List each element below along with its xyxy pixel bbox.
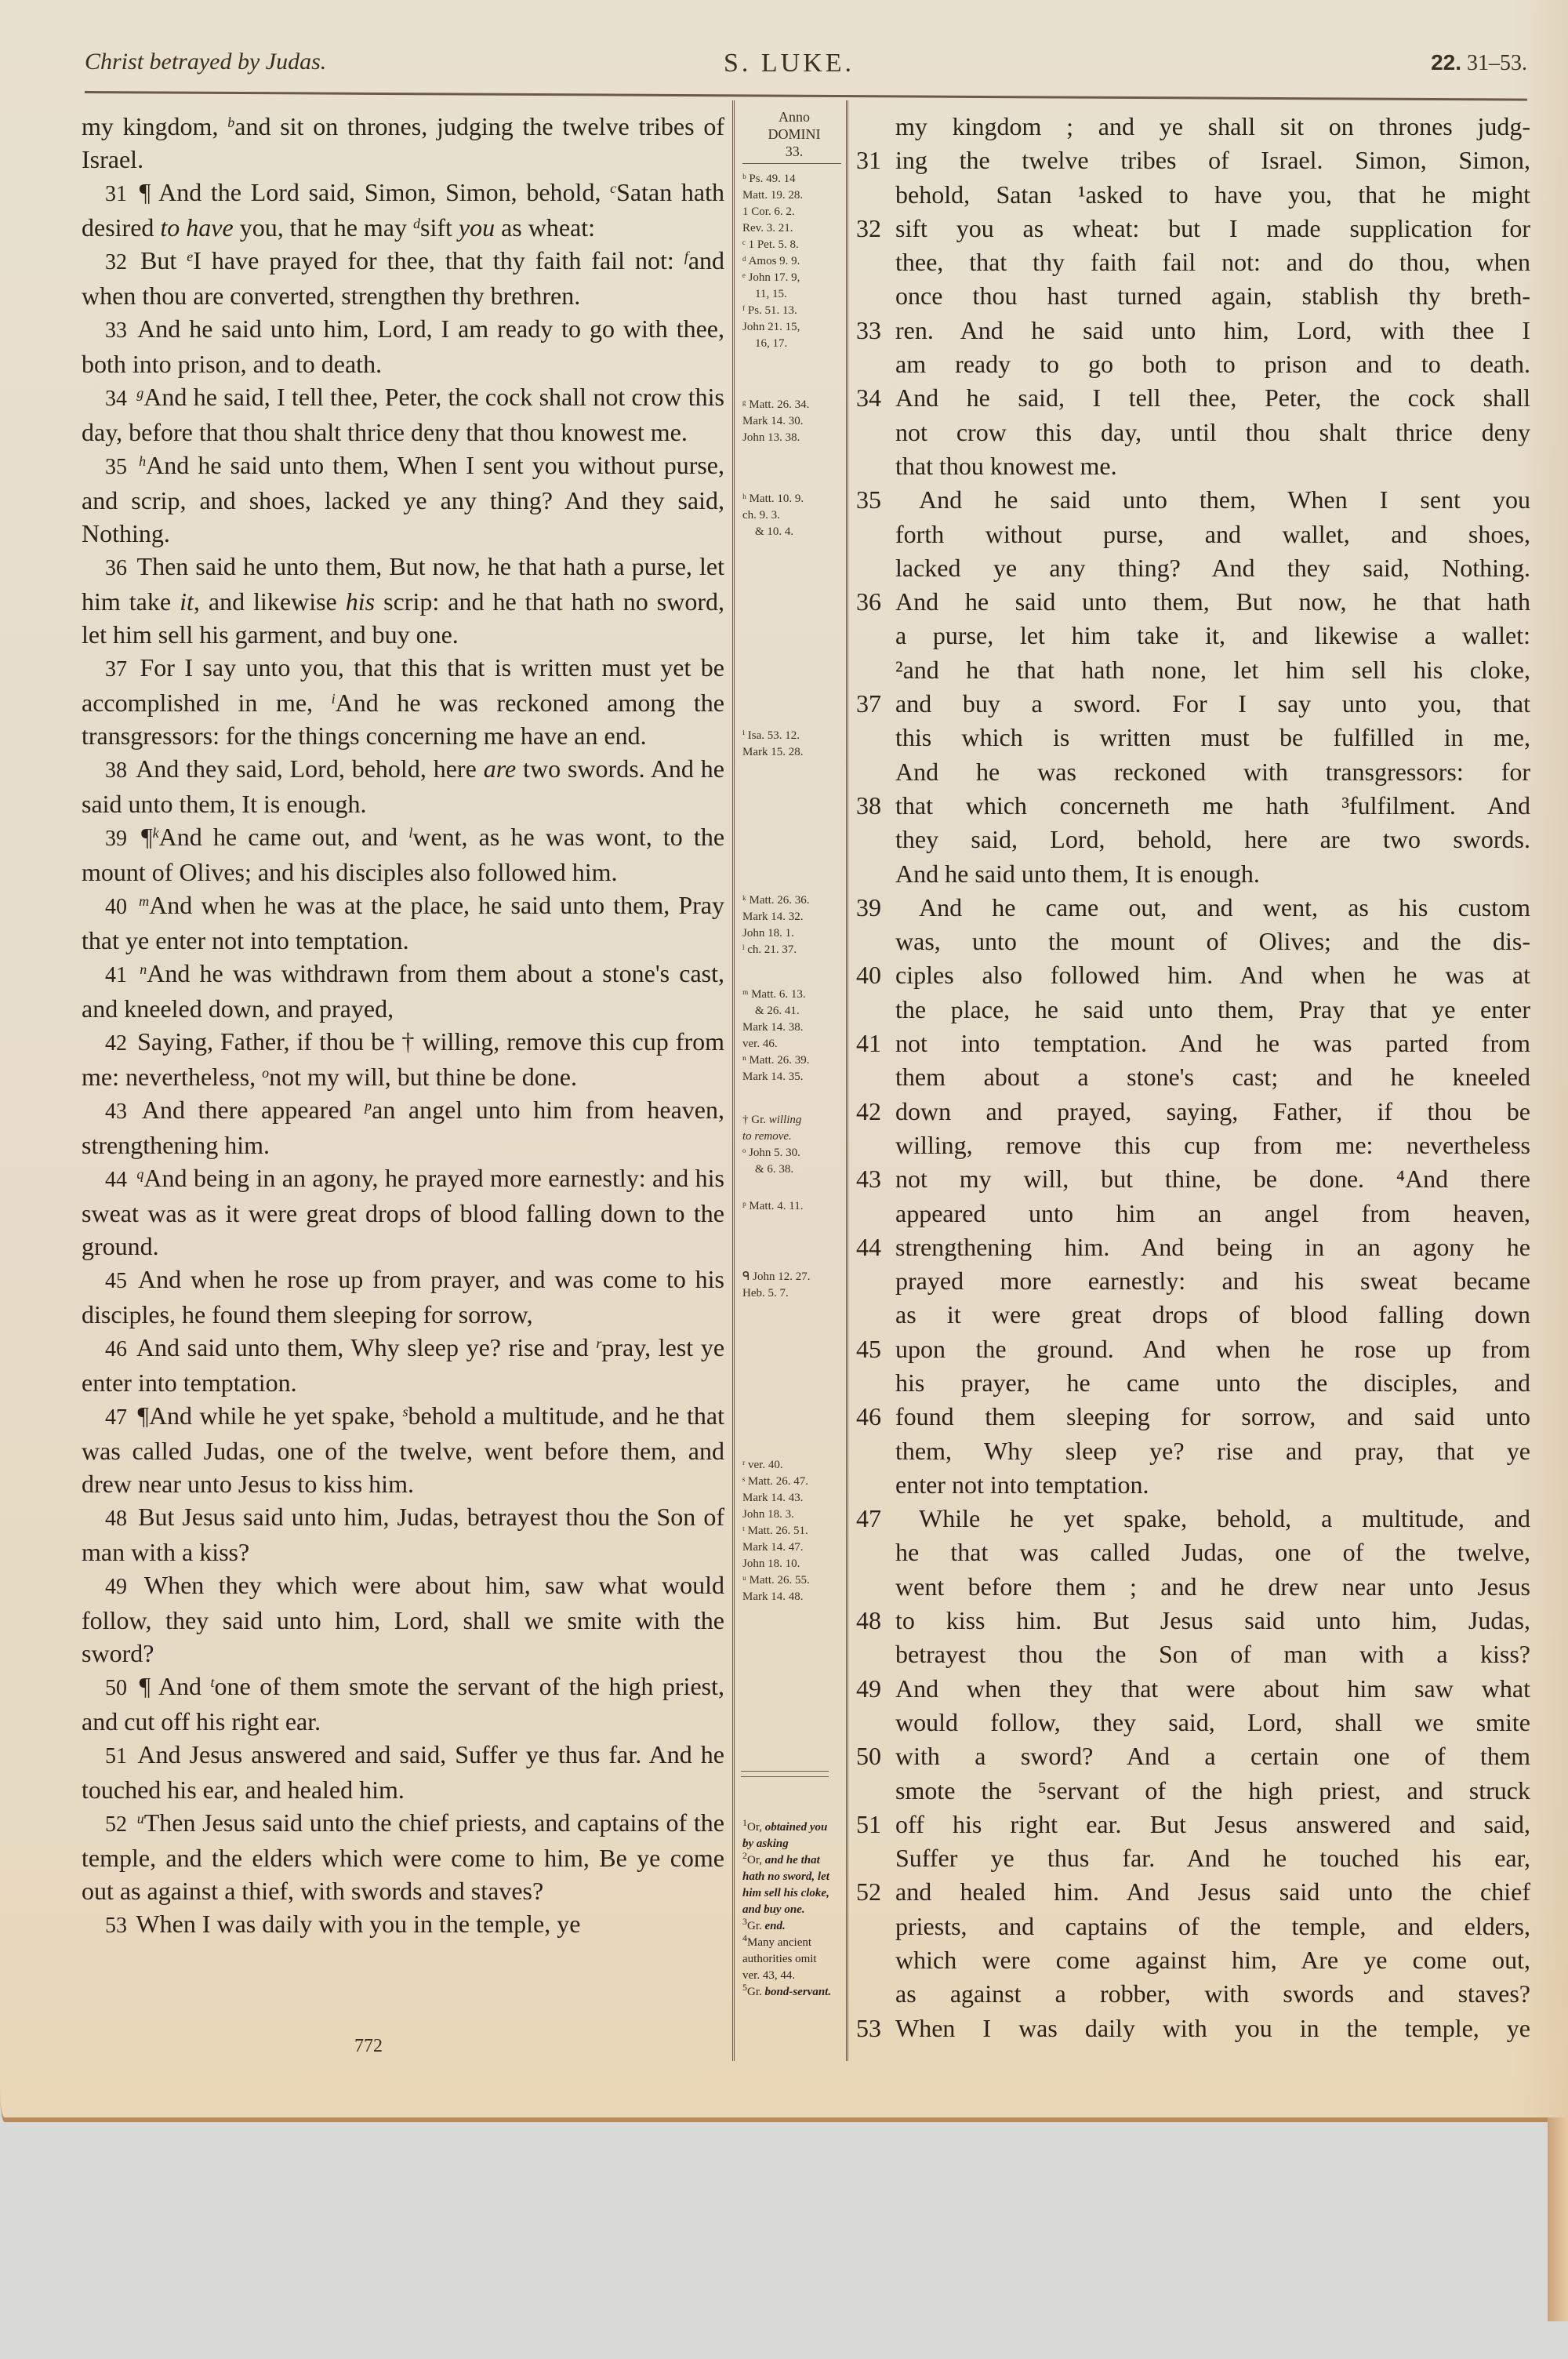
verse-rv-line: once thou hast turned again, stablish th… bbox=[856, 279, 1530, 313]
verse-text: And when he rose up from prayer, and was… bbox=[82, 1265, 724, 1329]
verse-rv-line: 36And he said unto them, But now, he tha… bbox=[856, 585, 1530, 619]
footnote: 4Many ancient authorities omit ver. 43, … bbox=[742, 1935, 833, 1984]
verse-number: 39 bbox=[856, 891, 881, 925]
verse-number: 44 bbox=[105, 1168, 127, 1192]
cross-reference-group: ᵖ Matt. 4. 11. bbox=[742, 1198, 803, 1215]
cross-reference: ᶠ Ps. 51. 13. bbox=[742, 303, 803, 319]
line-text: ing the twelve tribes of Israel. Simon, … bbox=[895, 144, 1530, 177]
chapter-verse-range: 22. 31–53. bbox=[1431, 50, 1527, 76]
verse-rv-line: that thou knowest me. bbox=[856, 449, 1530, 483]
verse-text: mAnd when he was at the place, he said u… bbox=[82, 891, 724, 954]
anno-divider bbox=[742, 163, 841, 164]
cross-reference: John 13. 38. bbox=[742, 430, 809, 446]
authorized-version-column: my kingdom, band sit on thrones, judging… bbox=[82, 110, 724, 1943]
verse-rv-line: priests, and captains of the temple, and… bbox=[856, 1910, 1530, 1943]
cross-reference: ver. 46. bbox=[742, 1036, 810, 1052]
cross-reference: Mark 14. 35. bbox=[742, 1069, 810, 1085]
verse-rv-line: 48to kiss him. But Jesus said unto him, … bbox=[856, 1604, 1530, 1637]
anno-domini: Anno DOMINI 33. bbox=[742, 108, 846, 160]
cross-reference: ᵗ Matt. 26. 51. bbox=[742, 1523, 810, 1539]
line-text: ren. And he said unto him, Lord, with th… bbox=[895, 314, 1530, 347]
line-text: appeared unto him an angel from heaven, bbox=[895, 1197, 1530, 1230]
cross-reference-group: ᑫ John 12. 27.Heb. 5. 7. bbox=[742, 1269, 811, 1302]
line-text: and buy a sword. For I say unto you, tha… bbox=[895, 687, 1530, 721]
verse-rv-line: am ready to go both to prison and to dea… bbox=[856, 347, 1530, 381]
verse-av: 34 gAnd he said, I tell thee, Peter, the… bbox=[82, 380, 724, 449]
verse-number: 46 bbox=[105, 1337, 127, 1361]
cross-reference: ch. 9. 3. bbox=[742, 507, 804, 524]
book-page: Christ betrayed by Judas. S. LUKE. 22. 3… bbox=[0, 0, 1568, 2122]
verse-number: 36 bbox=[856, 585, 881, 619]
verse-text: And there appeared pan angel unto him fr… bbox=[82, 1096, 724, 1159]
verse-number: 40 bbox=[105, 895, 127, 919]
cross-reference: to remove. bbox=[742, 1129, 801, 1145]
verse-av: 48 But Jesus said unto him, Judas, betra… bbox=[82, 1500, 724, 1568]
cross-reference-group: ʰ Matt. 10. 9.ch. 9. 3.& 10. 4. bbox=[742, 491, 804, 540]
verse-rv-line: this which is written must be fulfilled … bbox=[856, 721, 1530, 754]
verse-rv-line: forth without purse, and wallet, and sho… bbox=[856, 518, 1530, 551]
verse-av: 33 And he said unto him, Lord, I am read… bbox=[82, 312, 724, 380]
footnote: 3Gr. end. bbox=[742, 1918, 833, 1935]
verse-text: my kingdom, band sit on thrones, judging… bbox=[82, 112, 724, 173]
cross-reference: 11, 15. bbox=[742, 286, 803, 303]
verse-number: 37 bbox=[105, 657, 127, 682]
verse-text: Then said he unto them, But now, he that… bbox=[82, 552, 724, 649]
cross-reference-group: ᵇ Ps. 49. 14Matt. 19. 28.1 Cor. 6. 2.Rev… bbox=[742, 171, 803, 352]
cross-reference: John 21. 15, bbox=[742, 319, 803, 336]
line-text: sift you as wheat: but I made supplicati… bbox=[895, 212, 1530, 245]
verse-rv-line: betrayest thou the Son of man with a kis… bbox=[856, 1637, 1530, 1671]
verse-av: 37 For I say unto you, that this that is… bbox=[82, 651, 724, 752]
verse-av: 53 When I was daily with you in the temp… bbox=[82, 1907, 724, 1943]
cross-reference: ᵐ Matt. 6. 13. bbox=[742, 987, 810, 1003]
line-text: with a sword? And a certain one of them bbox=[895, 1739, 1530, 1773]
cross-reference: Rev. 3. 21. bbox=[742, 220, 803, 237]
verse-number: 53 bbox=[105, 1914, 127, 1938]
verse-text: Saying, Father, if thou be † willing, re… bbox=[82, 1027, 724, 1091]
cross-reference: ᵇ Ps. 49. 14 bbox=[742, 171, 803, 187]
cross-reference: 1 Cor. 6. 2. bbox=[742, 204, 803, 220]
verse-number: 45 bbox=[856, 1332, 881, 1366]
verse-number: 46 bbox=[856, 1400, 881, 1434]
line-text: would follow, they said, Lord, shall we … bbox=[895, 1706, 1530, 1739]
verse-number: 43 bbox=[856, 1162, 881, 1196]
cross-reference: ⁿ Matt. 26. 39. bbox=[742, 1052, 810, 1069]
verse-av: 38 And they said, Lord, behold, here are… bbox=[82, 752, 724, 820]
verse-rv-line: the place, he said unto them, Pray that … bbox=[856, 993, 1530, 1027]
verse-rv-line: 49And when they that were about him saw … bbox=[856, 1672, 1530, 1706]
verse-number: 48 bbox=[105, 1507, 127, 1531]
footnote: 1Or, obtained you by asking bbox=[742, 1819, 833, 1852]
line-text: ciples also followed him. And when he wa… bbox=[895, 958, 1530, 992]
cross-reference-group: † Gr. willingto remove.ᵒ John 5. 30.& 6.… bbox=[742, 1112, 801, 1178]
verse-number: 47 bbox=[856, 1502, 881, 1536]
verse-rv-line: 32sift you as wheat: but I made supplica… bbox=[856, 212, 1530, 245]
verse-number: 40 bbox=[856, 958, 881, 992]
verse-av: 44 qAnd being in an agony, he prayed mor… bbox=[82, 1161, 724, 1263]
verse-number: 52 bbox=[856, 1875, 881, 1909]
verse-number: 53 bbox=[856, 2012, 881, 2045]
line-text: enter not into temptation. bbox=[895, 1468, 1530, 1502]
verse-av: 52 uThen Jesus said unto the chief pries… bbox=[82, 1806, 724, 1907]
line-text: the place, he said unto them, Pray that … bbox=[895, 993, 1530, 1027]
verse-number: 39 bbox=[105, 827, 127, 851]
verse-rv-line: 45upon the ground. And when he rose up f… bbox=[856, 1332, 1530, 1366]
cross-reference: ᵍ Matt. 26. 34. bbox=[742, 397, 809, 413]
verse-number: 38 bbox=[105, 758, 127, 783]
cross-reference: Heb. 5. 7. bbox=[742, 1285, 811, 1302]
line-text: not into temptation. And he was parted f… bbox=[895, 1027, 1530, 1060]
verse-text: gAnd he said, I tell thee, Peter, the co… bbox=[82, 383, 724, 446]
line-text: While he yet spake, behold, a multitude,… bbox=[895, 1502, 1530, 1536]
line-text: down and prayed, saying, Father, if thou… bbox=[895, 1095, 1530, 1129]
line-text: And he said, I tell thee, Peter, the coc… bbox=[895, 381, 1530, 415]
line-text: strengthening him. And being in an agony… bbox=[895, 1230, 1530, 1264]
verse-rv-line: not crow this day, until thou shalt thri… bbox=[856, 416, 1530, 449]
line-text: willing, remove this cup from me: nevert… bbox=[895, 1129, 1530, 1162]
verse-number: 32 bbox=[856, 212, 881, 245]
notes-divider bbox=[741, 1771, 829, 1777]
verse-av: 41 nAnd he was withdrawn from them about… bbox=[82, 957, 724, 1025]
verse-rv-line: smote the ⁵servant of the high priest, a… bbox=[856, 1774, 1530, 1808]
verse-text: And said unto them, Why sleep ye? rise a… bbox=[82, 1333, 724, 1397]
line-text: went before them ; and he drew near unto… bbox=[895, 1570, 1530, 1604]
verse-av: 31 ¶ And the Lord said, Simon, Simon, be… bbox=[82, 176, 724, 244]
verse-rv-line: thee, that thy faith fail not: and do th… bbox=[856, 245, 1530, 279]
verse-rv-line: Suffer ye thus far. And he touched his e… bbox=[856, 1841, 1530, 1875]
line-text: thee, that thy faith fail not: and do th… bbox=[895, 245, 1530, 279]
verse-av: 47 ¶And while he yet spake, sbehold a mu… bbox=[82, 1399, 724, 1500]
line-text: ²and he that hath none, let him sell his… bbox=[895, 653, 1530, 687]
verse-av: 32 But eI have prayed for thee, that thy… bbox=[82, 244, 724, 312]
verse-text: And he said unto him, Lord, I am ready t… bbox=[82, 314, 724, 378]
verse-av: 51 And Jesus answered and said, Suffer y… bbox=[82, 1738, 724, 1806]
line-text: not my will, but thine, be done. ⁴And th… bbox=[895, 1162, 1530, 1196]
verse-av: 35 hAnd he said unto them, When I sent y… bbox=[82, 449, 724, 550]
line-text: And he said unto them, It is enough. bbox=[895, 857, 1530, 891]
verse-number: 43 bbox=[105, 1100, 127, 1124]
cross-reference: † Gr. willing bbox=[742, 1112, 801, 1129]
cross-reference: ᵒ John 5. 30. bbox=[742, 1145, 801, 1161]
cross-reference: Mark 14. 48. bbox=[742, 1589, 810, 1605]
cross-reference-group: ᵍ Matt. 26. 34.Mark 14. 30.John 13. 38. bbox=[742, 397, 809, 446]
verse-number: 49 bbox=[856, 1672, 881, 1706]
verse-text: nAnd he was withdrawn from them about a … bbox=[82, 959, 724, 1023]
chapter-number: 22. bbox=[1431, 50, 1461, 75]
cross-reference-group: ᵐ Matt. 6. 13.& 26. 41.Mark 14. 38.ver. … bbox=[742, 987, 810, 1085]
verse-av: 50 ¶ And tone of them smote the servant … bbox=[82, 1670, 724, 1738]
verse-number: 42 bbox=[105, 1031, 127, 1056]
verse-av: 42 Saying, Father, if thou be † willing,… bbox=[82, 1025, 724, 1093]
verse-number: 50 bbox=[856, 1739, 881, 1773]
verse-rv-line: which were come against him, Are ye come… bbox=[856, 1943, 1530, 1977]
cross-reference: ˢ Matt. 26. 47. bbox=[742, 1474, 810, 1490]
cross-reference: ʳ ver. 40. bbox=[742, 1457, 810, 1474]
cross-reference: ᑫ John 12. 27. bbox=[742, 1269, 811, 1285]
verse-rv-line: he that was called Judas, one of the twe… bbox=[856, 1536, 1530, 1569]
verse-rv-line: them, Why sleep ye? rise and pray, that … bbox=[856, 1434, 1530, 1468]
cross-reference: Mark 15. 28. bbox=[742, 744, 804, 761]
verse-rv-line: 39And he came out, and went, as his cust… bbox=[856, 891, 1530, 925]
verse-rv-line: 41not into temptation. And he was parted… bbox=[856, 1027, 1530, 1060]
verse-number: 42 bbox=[856, 1095, 881, 1129]
verse-text: qAnd being in an agony, he prayed more e… bbox=[82, 1164, 724, 1260]
verse-text: And Jesus answered and said, Suffer ye t… bbox=[82, 1740, 724, 1804]
domini-label: DOMINI bbox=[742, 125, 846, 143]
verse-range: 31–53. bbox=[1467, 51, 1527, 75]
cross-reference: ᵉ John 17. 9, bbox=[742, 270, 803, 286]
cross-reference: John 18. 1. bbox=[742, 925, 810, 942]
line-text: priests, and captains of the temple, and… bbox=[895, 1910, 1530, 1943]
verse-number: 34 bbox=[105, 387, 127, 411]
line-text: that which concerneth me hath ³fulfilmen… bbox=[895, 789, 1530, 823]
verse-number: 34 bbox=[856, 381, 881, 415]
line-text: upon the ground. And when he rose up fro… bbox=[895, 1332, 1530, 1366]
line-text: lacked ye any thing? And they said, Noth… bbox=[895, 551, 1530, 585]
verse-av: 39 ¶kAnd he came out, and lwent, as he w… bbox=[82, 820, 724, 889]
cross-reference: Mark 14. 32. bbox=[742, 909, 810, 925]
verse-rv-line: lacked ye any thing? And they said, Noth… bbox=[856, 551, 1530, 585]
line-text: my kingdom ; and ye shall sit on thrones… bbox=[895, 110, 1530, 144]
verse-number: 41 bbox=[105, 963, 127, 987]
line-text: behold, Satan ¹asked to have you, that h… bbox=[895, 178, 1530, 212]
verse-av: 45 And when he rose up from prayer, and … bbox=[82, 1263, 724, 1331]
line-text: Suffer ye thus far. And he touched his e… bbox=[895, 1841, 1530, 1875]
revised-version-column: my kingdom ; and ye shall sit on thrones… bbox=[856, 110, 1530, 2045]
line-text: betrayest thou the Son of man with a kis… bbox=[895, 1637, 1530, 1671]
verse-text: ¶ And tone of them smote the servant of … bbox=[82, 1672, 724, 1736]
verse-av: 36 Then said he unto them, But now, he t… bbox=[82, 550, 724, 651]
verse-rv-line: 43not my will, but thine, be done. ⁴And … bbox=[856, 1162, 1530, 1196]
verse-text: hAnd he said unto them, When I sent you … bbox=[82, 451, 724, 547]
footnote: 2Or, and he that hath no sword, let him … bbox=[742, 1852, 833, 1918]
header-rule bbox=[85, 91, 1527, 101]
cross-reference: & 26. 41. bbox=[742, 1003, 810, 1020]
verse-rv-line: appeared unto him an angel from heaven, bbox=[856, 1197, 1530, 1230]
verse-number: 41 bbox=[856, 1027, 881, 1060]
verse-number: 45 bbox=[105, 1269, 127, 1293]
line-text: they said, Lord, behold, here are two sw… bbox=[895, 823, 1530, 856]
line-text: as it were great drops of blood falling … bbox=[895, 1298, 1530, 1332]
verse-rv-line: 50with a sword? And a certain one of the… bbox=[856, 1739, 1530, 1773]
verse-rv-line: my kingdom ; and ye shall sit on thrones… bbox=[856, 110, 1530, 144]
verse-number: 52 bbox=[105, 1812, 127, 1837]
line-text: them, Why sleep ye? rise and pray, that … bbox=[895, 1434, 1530, 1468]
line-text: was, unto the mount of Olives; and the d… bbox=[895, 925, 1530, 958]
verse-number: 51 bbox=[105, 1744, 127, 1768]
cross-reference-group: ʳ ver. 40.ˢ Matt. 26. 47.Mark 14. 43.Joh… bbox=[742, 1457, 810, 1605]
verse-number: 35 bbox=[856, 483, 881, 517]
cross-reference-group: ⁱ Isa. 53. 12.Mark 15. 28. bbox=[742, 728, 804, 761]
cross-reference: Matt. 19. 28. bbox=[742, 187, 803, 204]
line-text: as against a robber, with swords and sta… bbox=[895, 1977, 1530, 2011]
verse-rv-line: 37and buy a sword. For I say unto you, t… bbox=[856, 687, 1530, 721]
verse-rv-line: a purse, let him take it, and likewise a… bbox=[856, 619, 1530, 652]
verse-text: And they said, Lord, behold, here are tw… bbox=[82, 754, 724, 818]
cross-reference: ᵏ Matt. 26. 36. bbox=[742, 892, 810, 909]
line-text: not crow this day, until thou shalt thri… bbox=[895, 416, 1530, 449]
verse-rv-line: 52and healed him. And Jesus said unto th… bbox=[856, 1875, 1530, 1909]
verse-rv-line: 53When I was daily with you in the templ… bbox=[856, 2012, 1530, 2045]
verse-rv-line: enter not into temptation. bbox=[856, 1468, 1530, 1502]
line-text: he that was called Judas, one of the twe… bbox=[895, 1536, 1530, 1569]
line-text: found them sleeping for sorrow, and said… bbox=[895, 1400, 1530, 1434]
verse-rv-line: 51off his right ear. But Jesus answered … bbox=[856, 1808, 1530, 1841]
cross-reference: & 6. 38. bbox=[742, 1161, 801, 1178]
verse-number: 33 bbox=[105, 318, 127, 343]
verse-rv-line: prayed more earnestly: and his sweat bec… bbox=[856, 1264, 1530, 1298]
footnote: 5Gr. bond-servant. bbox=[742, 1984, 833, 2001]
cross-reference: John 18. 10. bbox=[742, 1556, 810, 1572]
cross-reference: ᵘ Matt. 26. 55. bbox=[742, 1572, 810, 1589]
cross-reference: 16, 17. bbox=[742, 336, 803, 352]
line-text: which were come against him, Are ye come… bbox=[895, 1943, 1530, 1977]
verse-text: For I say unto you, that this that is wr… bbox=[82, 653, 724, 750]
line-text: prayed more earnestly: and his sweat bec… bbox=[895, 1264, 1530, 1298]
verse-rv-line: 38that which concerneth me hath ³fulfilm… bbox=[856, 789, 1530, 823]
verse-text: But eI have prayed for thee, that thy fa… bbox=[82, 246, 724, 310]
cross-reference: Mark 14. 38. bbox=[742, 1020, 810, 1036]
cross-reference: ʰ Matt. 10. 9. bbox=[742, 491, 804, 507]
cross-reference: Mark 14. 43. bbox=[742, 1490, 810, 1507]
verse-number: 47 bbox=[105, 1405, 127, 1430]
cross-reference: ˡ ch. 21. 37. bbox=[742, 942, 810, 958]
verse-rv-line: as against a robber, with swords and sta… bbox=[856, 1977, 1530, 2011]
verse-av: 46 And said unto them, Why sleep ye? ris… bbox=[82, 1331, 724, 1399]
line-text: once thou hast turned again, stablish th… bbox=[895, 279, 1530, 313]
verse-rv-line: went before them ; and he drew near unto… bbox=[856, 1570, 1530, 1604]
verse-text: ¶ And the Lord said, Simon, Simon, behol… bbox=[82, 178, 724, 242]
verse-number: 50 bbox=[105, 1676, 127, 1700]
running-header: Christ betrayed by Judas. S. LUKE. 22. 3… bbox=[85, 49, 1527, 80]
cross-reference: ᵖ Matt. 4. 11. bbox=[742, 1198, 803, 1215]
line-text: And he said unto them, But now, he that … bbox=[895, 585, 1530, 619]
line-text: them about a stone's cast; and he kneele… bbox=[895, 1060, 1530, 1094]
verse-rv-line: 40ciples also followed him. And when he … bbox=[856, 958, 1530, 992]
verse-number: 44 bbox=[856, 1230, 881, 1264]
verse-rv-line: And he was reckoned with transgressors: … bbox=[856, 755, 1530, 789]
cross-reference: ᶜ 1 Pet. 5. 8. bbox=[742, 237, 803, 253]
cross-reference: ᵈ Amos 9. 9. bbox=[742, 253, 803, 270]
verse-text: When they which were about him, saw what… bbox=[82, 1571, 724, 1667]
cross-reference-group: ᵏ Matt. 26. 36.Mark 14. 32.John 18. 1.ˡ … bbox=[742, 892, 810, 958]
verse-number: 38 bbox=[856, 789, 881, 823]
verse-number: 37 bbox=[856, 687, 881, 721]
verse-av: 49 When they which were about him, saw w… bbox=[82, 1568, 724, 1670]
line-text: am ready to go both to prison and to dea… bbox=[895, 347, 1530, 381]
verse-rv-line: ²and he that hath none, let him sell his… bbox=[856, 653, 1530, 687]
verse-number: 31 bbox=[105, 182, 127, 206]
verse-rv-line: And he said unto them, It is enough. bbox=[856, 857, 1530, 891]
line-text: And when they that were about him saw wh… bbox=[895, 1672, 1530, 1706]
page-edge bbox=[1548, 2117, 1568, 2321]
line-text: And he came out, and went, as his custom bbox=[895, 891, 1530, 925]
line-text: to kiss him. But Jesus said unto him, Ju… bbox=[895, 1604, 1530, 1637]
verse-rv-line: 31ing the twelve tribes of Israel. Simon… bbox=[856, 144, 1530, 177]
year-label: 33. bbox=[742, 143, 846, 160]
verse-number: 32 bbox=[105, 250, 127, 274]
verse-number: 35 bbox=[105, 455, 127, 479]
verse-text: ¶And while he yet spake, sbehold a multi… bbox=[82, 1401, 724, 1498]
verse-rv-line: 44strengthening him. And being in an ago… bbox=[856, 1230, 1530, 1264]
anno-label: Anno bbox=[742, 108, 846, 125]
verse-rv-line: 46found them sleeping for sorrow, and sa… bbox=[856, 1400, 1530, 1434]
line-text: his prayer, he came unto the disciples, … bbox=[895, 1366, 1530, 1400]
line-text: smote the ⁵servant of the high priest, a… bbox=[895, 1774, 1530, 1808]
verse-rv-line: them about a stone's cast; and he kneele… bbox=[856, 1060, 1530, 1094]
cross-reference-margin: Anno DOMINI 33. 1Or, obtained you by ask… bbox=[732, 100, 848, 2061]
verse-number: 31 bbox=[856, 144, 881, 177]
verse-rv-line: 35And he said unto them, When I sent you bbox=[856, 483, 1530, 517]
cross-reference: & 10. 4. bbox=[742, 524, 804, 540]
verse-number: 51 bbox=[856, 1808, 881, 1841]
line-text: this which is written must be fulfilled … bbox=[895, 721, 1530, 754]
line-text: When I was daily with you in the temple,… bbox=[895, 2012, 1530, 2045]
verse-number: 36 bbox=[105, 556, 127, 580]
verse-rv-line: 47While he yet spake, behold, a multitud… bbox=[856, 1502, 1530, 1536]
page-number: 772 bbox=[354, 2036, 383, 2057]
verse-text: But Jesus said unto him, Judas, betrayes… bbox=[82, 1503, 724, 1566]
line-text: forth without purse, and wallet, and sho… bbox=[895, 518, 1530, 551]
cross-reference: John 18. 3. bbox=[742, 1507, 810, 1523]
verse-text: uThen Jesus said unto the chief priests,… bbox=[82, 1808, 724, 1905]
verse-av: my kingdom, band sit on thrones, judging… bbox=[82, 110, 724, 176]
verse-av: 40 mAnd when he was at the place, he sai… bbox=[82, 889, 724, 957]
verse-text: ¶kAnd he came out, and lwent, as he was … bbox=[82, 823, 724, 886]
verse-rv-line: 42down and prayed, saying, Father, if th… bbox=[856, 1095, 1530, 1129]
line-text: And he said unto them, When I sent you bbox=[895, 483, 1530, 517]
verse-rv-line: was, unto the mount of Olives; and the d… bbox=[856, 925, 1530, 958]
footnotes: 1Or, obtained you by asking2Or, and he t… bbox=[742, 1819, 833, 2001]
cross-reference: Mark 14. 47. bbox=[742, 1539, 810, 1556]
verse-rv-line: they said, Lord, behold, here are two sw… bbox=[856, 823, 1530, 856]
verse-number: 49 bbox=[105, 1575, 127, 1599]
verse-rv-line: as it were great drops of blood falling … bbox=[856, 1298, 1530, 1332]
verse-rv-line: his prayer, he came unto the disciples, … bbox=[856, 1366, 1530, 1400]
verse-rv-line: willing, remove this cup from me: nevert… bbox=[856, 1129, 1530, 1162]
book-title: S. LUKE. bbox=[724, 49, 855, 78]
line-text: and healed him. And Jesus said unto the … bbox=[895, 1875, 1530, 1909]
section-title: Christ betrayed by Judas. bbox=[85, 49, 326, 75]
verse-number: 33 bbox=[856, 314, 881, 347]
verse-number: 48 bbox=[856, 1604, 881, 1637]
verse-rv-line: 33ren. And he said unto him, Lord, with … bbox=[856, 314, 1530, 347]
line-text: that thou knowest me. bbox=[895, 449, 1530, 483]
line-text: a purse, let him take it, and likewise a… bbox=[895, 619, 1530, 652]
verse-av: 43 And there appeared pan angel unto him… bbox=[82, 1093, 724, 1161]
verse-text: When I was daily with you in the temple,… bbox=[136, 1910, 580, 1938]
verse-rv-line: 34And he said, I tell thee, Peter, the c… bbox=[856, 381, 1530, 415]
verse-rv-line: behold, Satan ¹asked to have you, that h… bbox=[856, 178, 1530, 212]
cross-reference: Mark 14. 30. bbox=[742, 413, 809, 430]
cross-reference: ⁱ Isa. 53. 12. bbox=[742, 728, 804, 744]
line-text: off his right ear. But Jesus answered an… bbox=[895, 1808, 1530, 1841]
line-text: And he was reckoned with transgressors: … bbox=[895, 755, 1530, 789]
verse-rv-line: would follow, they said, Lord, shall we … bbox=[856, 1706, 1530, 1739]
